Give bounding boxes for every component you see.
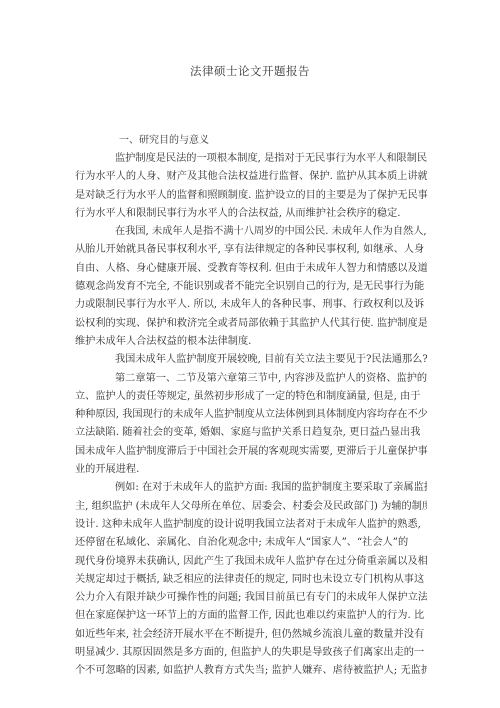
text-line: 行为水平人的人身、财产及其他合法权益进行监督、保护. 监护从其本质上讲就: [75, 168, 427, 186]
text-line: 从胎儿开始就具备民事权利水平, 享有法律规定的各种民事权利, 如继承、人身: [75, 241, 427, 259]
text-line: 自由、人格、身心健康开展、受教育等权利. 但由于未成年人智力和情感以及道: [75, 260, 427, 278]
text-line: 业的开展进程.: [75, 461, 427, 479]
section-heading: 一、研究目的与意义: [119, 131, 209, 146]
text-line: 种种原因, 我国现行的未成年人监护制度从立法体例到具体制度内容均存在不少: [75, 406, 427, 424]
text-line: 关规定却过于概括, 缺乏相应的法律责任的规定, 同时也未设立专门机构从事这: [75, 571, 427, 589]
text-line: 公力介入有限并缺少可操作性的问题; 我国目前虽已有专门的未成年人保护立法,: [75, 589, 427, 607]
text-line: 在我国, 未成年人是指不满十八周岁的中国公民. 未成年人作为自然人,: [75, 223, 427, 241]
text-line: 立法缺陷. 随着社会的变革, 婚姻、家庭与监护关系日趋复杂, 更日益凸显出我: [75, 424, 427, 442]
text-line: 还停留在私域化、亲属化、自治化观念中; 未成年人“国家人”、“社会人”的: [75, 534, 427, 552]
text-line: 现代身份境界未获确认, 因此产生了我国未成年人监护存在过分倚重亲属以及相: [75, 553, 427, 571]
text-line: 监护制度是民法的一项根本制度, 是指对于无民事行为水平人和限制民事: [75, 150, 427, 168]
text-line: 行为水平人和限制民事行为水平人的合法权益, 从而维护社会秩序的稳定.: [75, 205, 427, 223]
text-line: 如近些年来, 社会经济开展水平在不断提升, 但仍然城乡流浪儿童的数量并没有: [75, 626, 427, 644]
text-line: 德观念尚发育不完全, 不能识别或者不能完全识别自己的行为, 是无民事行为能: [75, 278, 427, 296]
text-line: 讼权利的实现、保护和救济完全或者局部依赖于其监护人代其行使. 监护制度是: [75, 315, 427, 333]
text-line: 第二章第一、二节及第六章第三节中, 内容涉及监护人的资格、监护的设: [75, 370, 427, 388]
text-line: 但在家庭保护这一环节上的方面的监督工作, 因此也难以约束监护人的行为. 比: [75, 607, 427, 625]
text-line: 我国未成年人监护制度开展较晚, 目前有关立法主要见于?民法通那么?: [75, 351, 427, 369]
text-line: 设计. 这种未成年人监护制度的设计说明我国立法者对于未成年人监护的熟悉,: [75, 516, 427, 534]
text-line: 主, 组织监护 (未成年人父母所在单位、居委会、村委会及民政部门) 为辅的制度: [75, 498, 427, 516]
text-line: 个不可忽略的因素, 如监护人教育方式失当; 监护人嫌弃、虐待被监护人; 无监护: [75, 662, 427, 680]
document-title: 法律硕士论文开题报告: [0, 63, 500, 79]
text-line: 国未成年人监护制度滞后于中国社会开展的客观现实需要, 更滞后于儿童保护事: [75, 443, 427, 461]
text-line: 力或限制民事行为水平人. 所以, 未成年人的各种民事、刑事、行政权利以及诉: [75, 296, 427, 314]
text-line: 是对缺乏行为水平人的监督和照顾制度. 监护设立的目的主要是为了保护无民事: [75, 187, 427, 205]
text-line: 明显减少. 其原因固然是多方面的, 但监护人的失职是导致孩子们离家出走的一: [75, 644, 427, 662]
text-line: 立、监护人的责任等规定, 虽然初步形成了一定的特色和制度涵量, 但是, 由于: [75, 388, 427, 406]
text-line: 例如: 在对于未成年人的监护方面: 我国的监护制度主要采取了亲属监护为: [75, 479, 427, 497]
text-line: 维护未成年人合法权益的根本法律制度.: [75, 333, 427, 351]
document-body: 监护制度是民法的一项根本制度, 是指对于无民事行为水平人和限制民事行为水平人的人…: [75, 150, 427, 681]
